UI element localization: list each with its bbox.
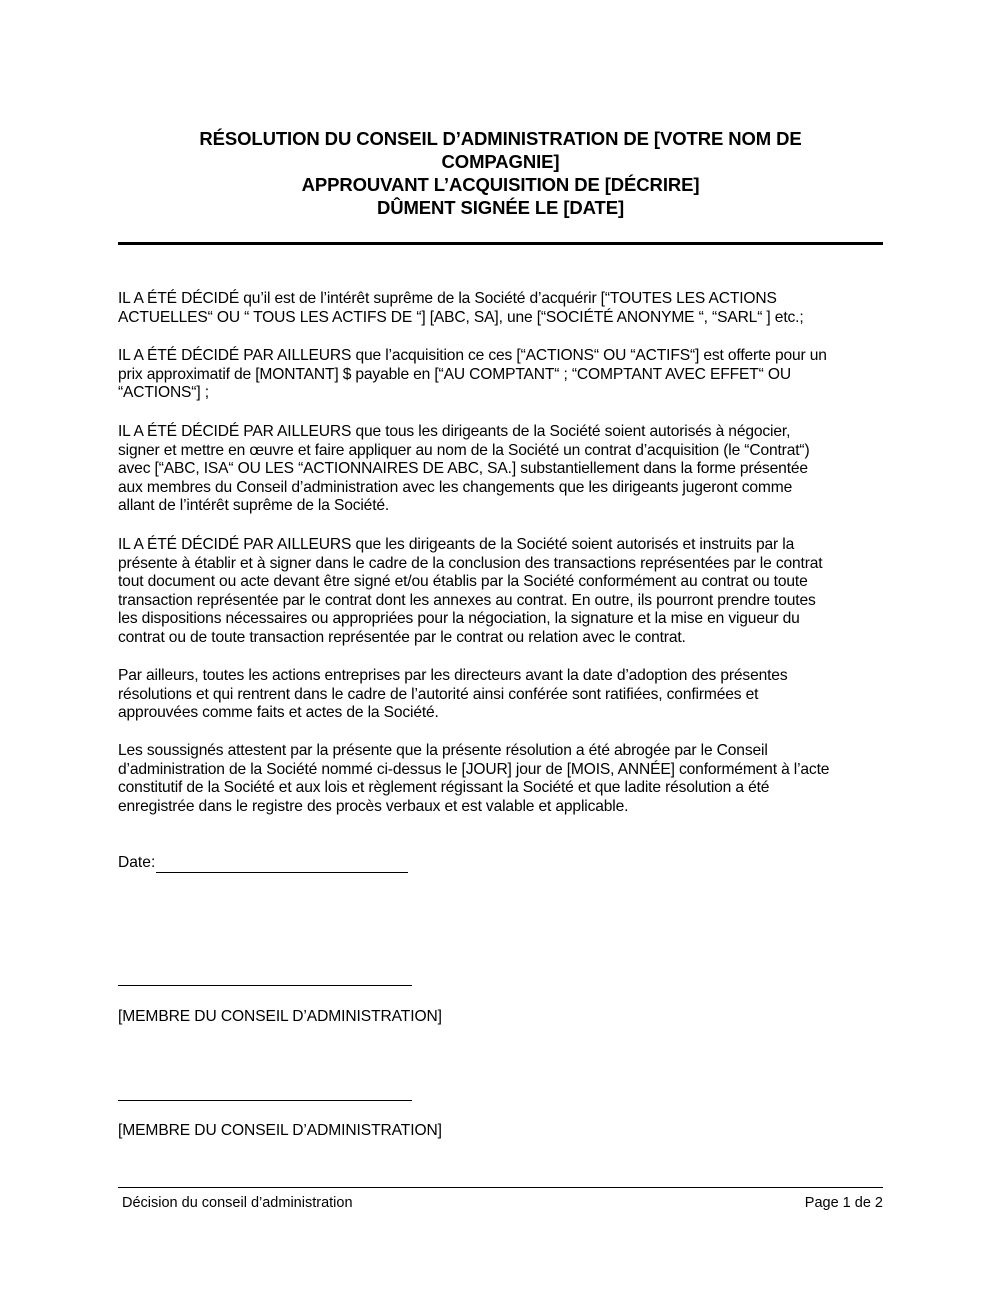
text-line: enregistrée dans le registre des procès …	[118, 798, 893, 817]
text-line: avec [“ABC, ISA“ OU LES “ACTIONNAIRES DE…	[118, 460, 893, 479]
text-line: aux membres du Conseil d’administration …	[118, 479, 893, 498]
text-line: IL A ÉTÉ DÉCIDÉ PAR AILLEURS que les dir…	[118, 536, 893, 555]
text-line: Par ailleurs, toutes les actions entrepr…	[118, 667, 893, 686]
signature-line-1[interactable]	[118, 985, 412, 986]
signature-label-2: [MEMBRE DU CONSEIL D’ADMINISTRATION]	[118, 1122, 442, 1141]
text-line: résolutions et qui rentrent dans le cadr…	[118, 686, 893, 705]
text-line: contrat ou de toute transaction représen…	[118, 629, 893, 648]
title-line: APPROUVANT L’ACQUISITION DE [DÉCRIRE]	[118, 173, 883, 196]
text-line: Les soussignés attestent par la présente…	[118, 742, 893, 761]
text-line: IL A ÉTÉ DÉCIDÉ qu’il est de l’intérêt s…	[118, 290, 893, 309]
resolution-paragraph-4: IL A ÉTÉ DÉCIDÉ PAR AILLEURS que les dir…	[118, 536, 893, 647]
text-line: prix approximatif de [MONTANT] $ payable…	[118, 366, 893, 385]
resolution-paragraph-1: IL A ÉTÉ DÉCIDÉ qu’il est de l’intérêt s…	[118, 290, 893, 327]
text-line: d’administration de la Société nommé ci-…	[118, 761, 893, 780]
footer-document-name: Décision du conseil d’administration	[122, 1194, 353, 1212]
text-line: “ACTIONS“] ;	[118, 384, 893, 403]
text-line: les dispositions nécessaires ou appropri…	[118, 610, 893, 629]
text-line: IL A ÉTÉ DÉCIDÉ PAR AILLEURS que l’acqui…	[118, 347, 893, 366]
text-line: présente à établir et à signer dans le c…	[118, 555, 893, 574]
text-line: approuvées comme faits et actes de la So…	[118, 704, 893, 723]
ratification-paragraph: Par ailleurs, toutes les actions entrepr…	[118, 667, 893, 723]
signature-label-1: [MEMBRE DU CONSEIL D’ADMINISTRATION]	[118, 1008, 442, 1027]
date-blank-line[interactable]	[156, 855, 408, 873]
document-title: RÉSOLUTION DU CONSEIL D’ADMINISTRATION D…	[118, 127, 883, 219]
attestation-paragraph: Les soussignés attestent par la présente…	[118, 742, 893, 816]
text-line: tout document ou acte devant être signé …	[118, 573, 893, 592]
document-page: RÉSOLUTION DU CONSEIL D’ADMINISTRATION D…	[0, 0, 1000, 1290]
text-line: transaction représentée par le contrat d…	[118, 592, 893, 611]
resolution-paragraph-3: IL A ÉTÉ DÉCIDÉ PAR AILLEURS que tous le…	[118, 423, 893, 516]
footer-divider	[118, 1187, 883, 1188]
title-line: COMPAGNIE]	[118, 150, 883, 173]
title-line: RÉSOLUTION DU CONSEIL D’ADMINISTRATION D…	[118, 127, 883, 150]
text-line: constitutif de la Société et aux lois et…	[118, 779, 893, 798]
text-line: allant de l’intérêt suprême de la Sociét…	[118, 497, 893, 516]
resolution-paragraph-2: IL A ÉTÉ DÉCIDÉ PAR AILLEURS que l’acqui…	[118, 347, 893, 403]
date-field-row: Date:	[118, 854, 408, 873]
text-line: ACTUELLES“ OU “ TOUS LES ACTIFS DE “] [A…	[118, 309, 893, 328]
title-divider	[118, 242, 883, 245]
text-line: signer et mettre en œuvre et faire appli…	[118, 442, 893, 461]
signature-line-2[interactable]	[118, 1100, 412, 1101]
date-label: Date:	[118, 854, 155, 871]
text-line: IL A ÉTÉ DÉCIDÉ PAR AILLEURS que tous le…	[118, 423, 893, 442]
footer-page-number: Page 1 de 2	[805, 1194, 883, 1212]
title-line: DÛMENT SIGNÉE LE [DATE]	[118, 196, 883, 219]
